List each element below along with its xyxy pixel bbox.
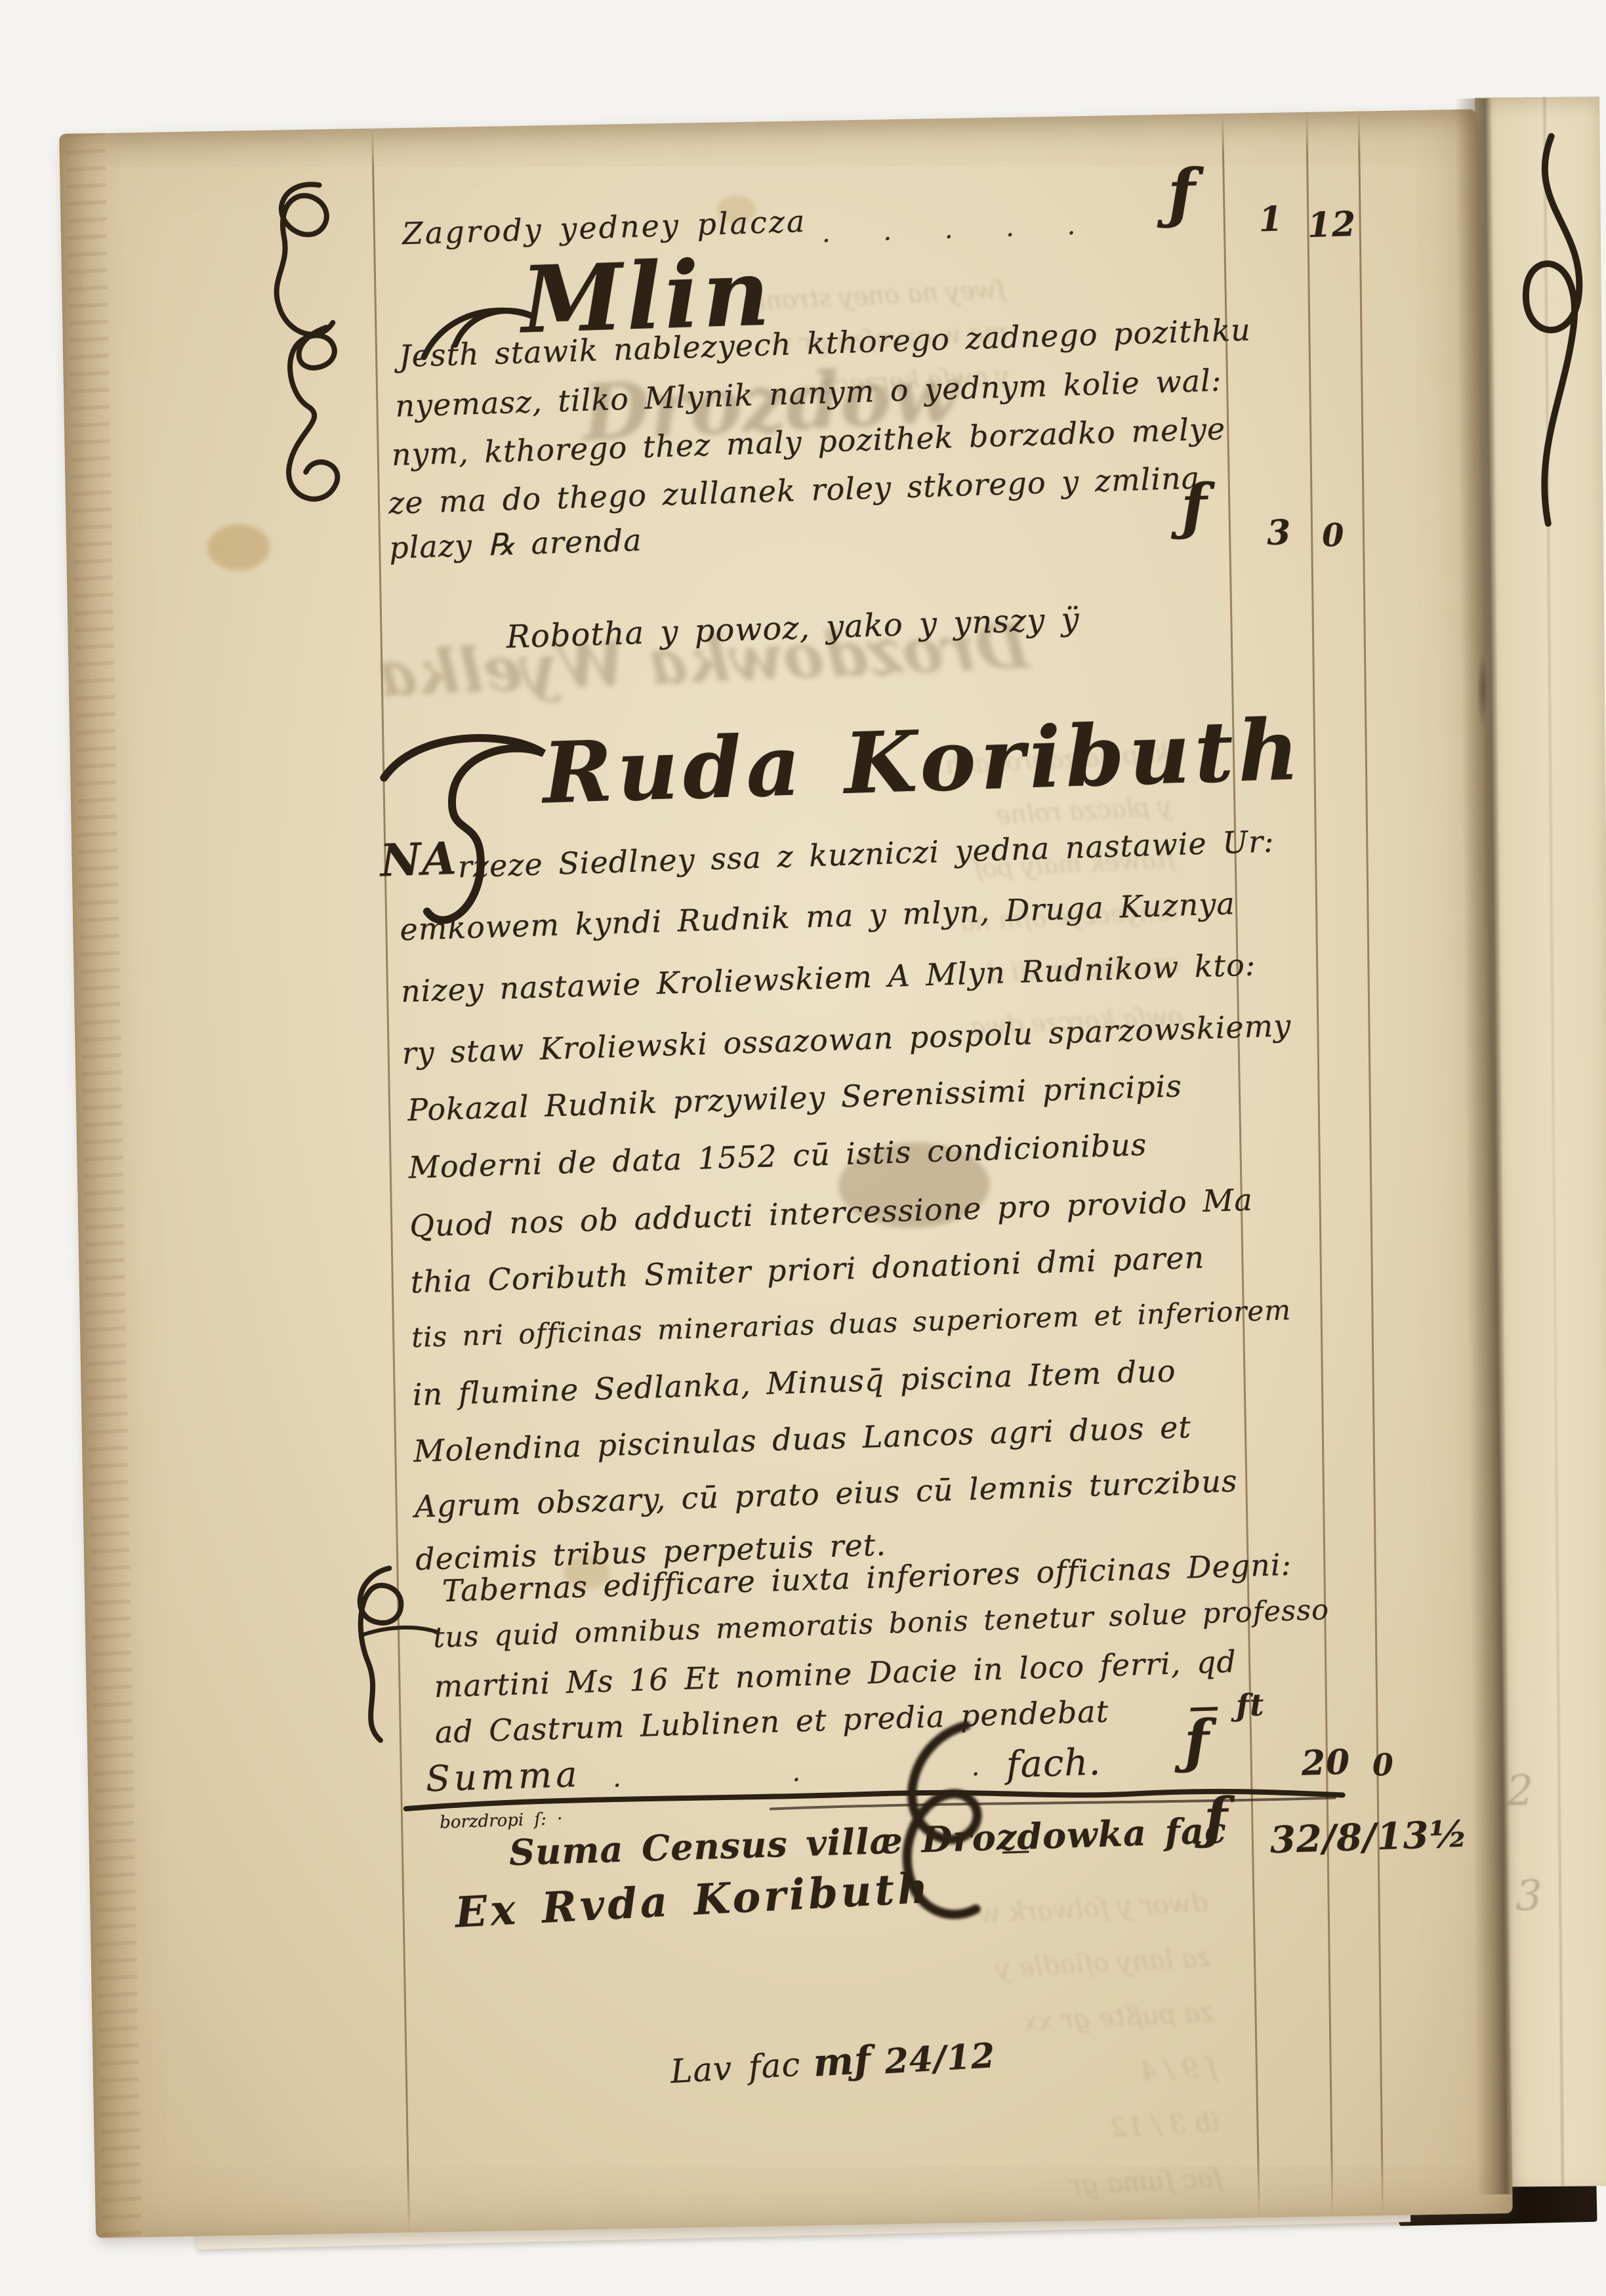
paragraph-line: Agrum obszary, cū prato eius cū lemnis t… xyxy=(414,1463,1238,1524)
paragraph-line: martini Ms 16 Et nomine Dacie in loco fe… xyxy=(434,1644,1237,1704)
paragraph-line: tis nri officinas minerarias duas superi… xyxy=(411,1294,1292,1353)
section-heading-ruda: Ruda Koributh xyxy=(541,701,1305,823)
bottom-note-amount: 24/12 xyxy=(884,2036,997,2082)
leader-dots: · · · · · xyxy=(822,218,1096,256)
scanned-manuscript: 2 3 ſwey na oney stronie ma w czynſzu gr… xyxy=(0,0,1606,2296)
paragraph-line: plazy ℞ arenda xyxy=(388,522,642,565)
facing-page-pencil-mark: 3 xyxy=(1515,1872,1542,1920)
paragraph-line: Pokazal Rudnik przywiley Serenissimi pri… xyxy=(407,1068,1182,1128)
bottom-note-label: Lav fac xyxy=(669,2045,801,2091)
bottom-annotation-row: Lav fac mƒ 24/12 xyxy=(669,2032,996,2091)
marginal-micro-note: borzdropi ſ: · xyxy=(440,1809,563,1833)
paragraph-line: thia Coributh Smiter priori donationi dm… xyxy=(410,1239,1205,1300)
paragraph-line: ad Castrum Lublinen et predia pendebat xyxy=(434,1693,1109,1750)
currency-mark: ƒ xyxy=(1166,161,1197,226)
amount-col1: 1 xyxy=(1258,199,1284,239)
currency-mark: mƒ xyxy=(812,2038,873,2085)
paragraph-line: Moderni de data 1552 cū istis condicioni… xyxy=(408,1127,1147,1185)
amount-col2: 0 xyxy=(1372,1747,1395,1783)
facing-page-pencil-mark: 2 xyxy=(1506,1767,1533,1815)
money-column-rule-2 xyxy=(1306,112,1333,2217)
paragraph-line: in flumine Sedlanka, Minusq̄ piscina Ite… xyxy=(412,1353,1176,1413)
margin-paraph-icon xyxy=(247,319,363,537)
currency-mark: ƒ xyxy=(1184,1712,1211,1771)
money-column-rule-1 xyxy=(1222,113,1260,2218)
facing-page-ink-flourish-icon xyxy=(1505,123,1601,543)
paragraph-line: ry staw Kroliewski ossazowan pospolu spa… xyxy=(401,1008,1292,1071)
paragraph-initial: NA xyxy=(379,832,457,888)
amount-col1: 3 xyxy=(1266,512,1292,553)
page-edge-tear xyxy=(1477,653,1488,725)
currency-mark: ƒ xyxy=(1180,476,1208,537)
amount-col2: 12 xyxy=(1307,204,1357,245)
money-column-rule-3 xyxy=(1358,112,1384,2216)
leader-dash: — xyxy=(1000,1833,1031,1867)
amount-col2: 0 xyxy=(1321,517,1345,554)
paragraph-line: ze ma do thego zullanek roley stkorego y… xyxy=(388,460,1201,521)
paragraph-line: Quod nos ob adducti intercessione pro pr… xyxy=(409,1182,1254,1244)
paragraph-line: Molendina piscinulas duas Lancos agri du… xyxy=(413,1409,1192,1469)
manuscript-page: ſwey na oney stronie ma w czynſzu gr vi … xyxy=(59,109,1513,2238)
bleedthrough-text: dwor y folwark w za lany oſiadle y za pu… xyxy=(976,1875,1224,2217)
census-amount: 32/8/13½ xyxy=(1269,1813,1469,1862)
currency-mark: ƒ xyxy=(1203,1790,1229,1846)
